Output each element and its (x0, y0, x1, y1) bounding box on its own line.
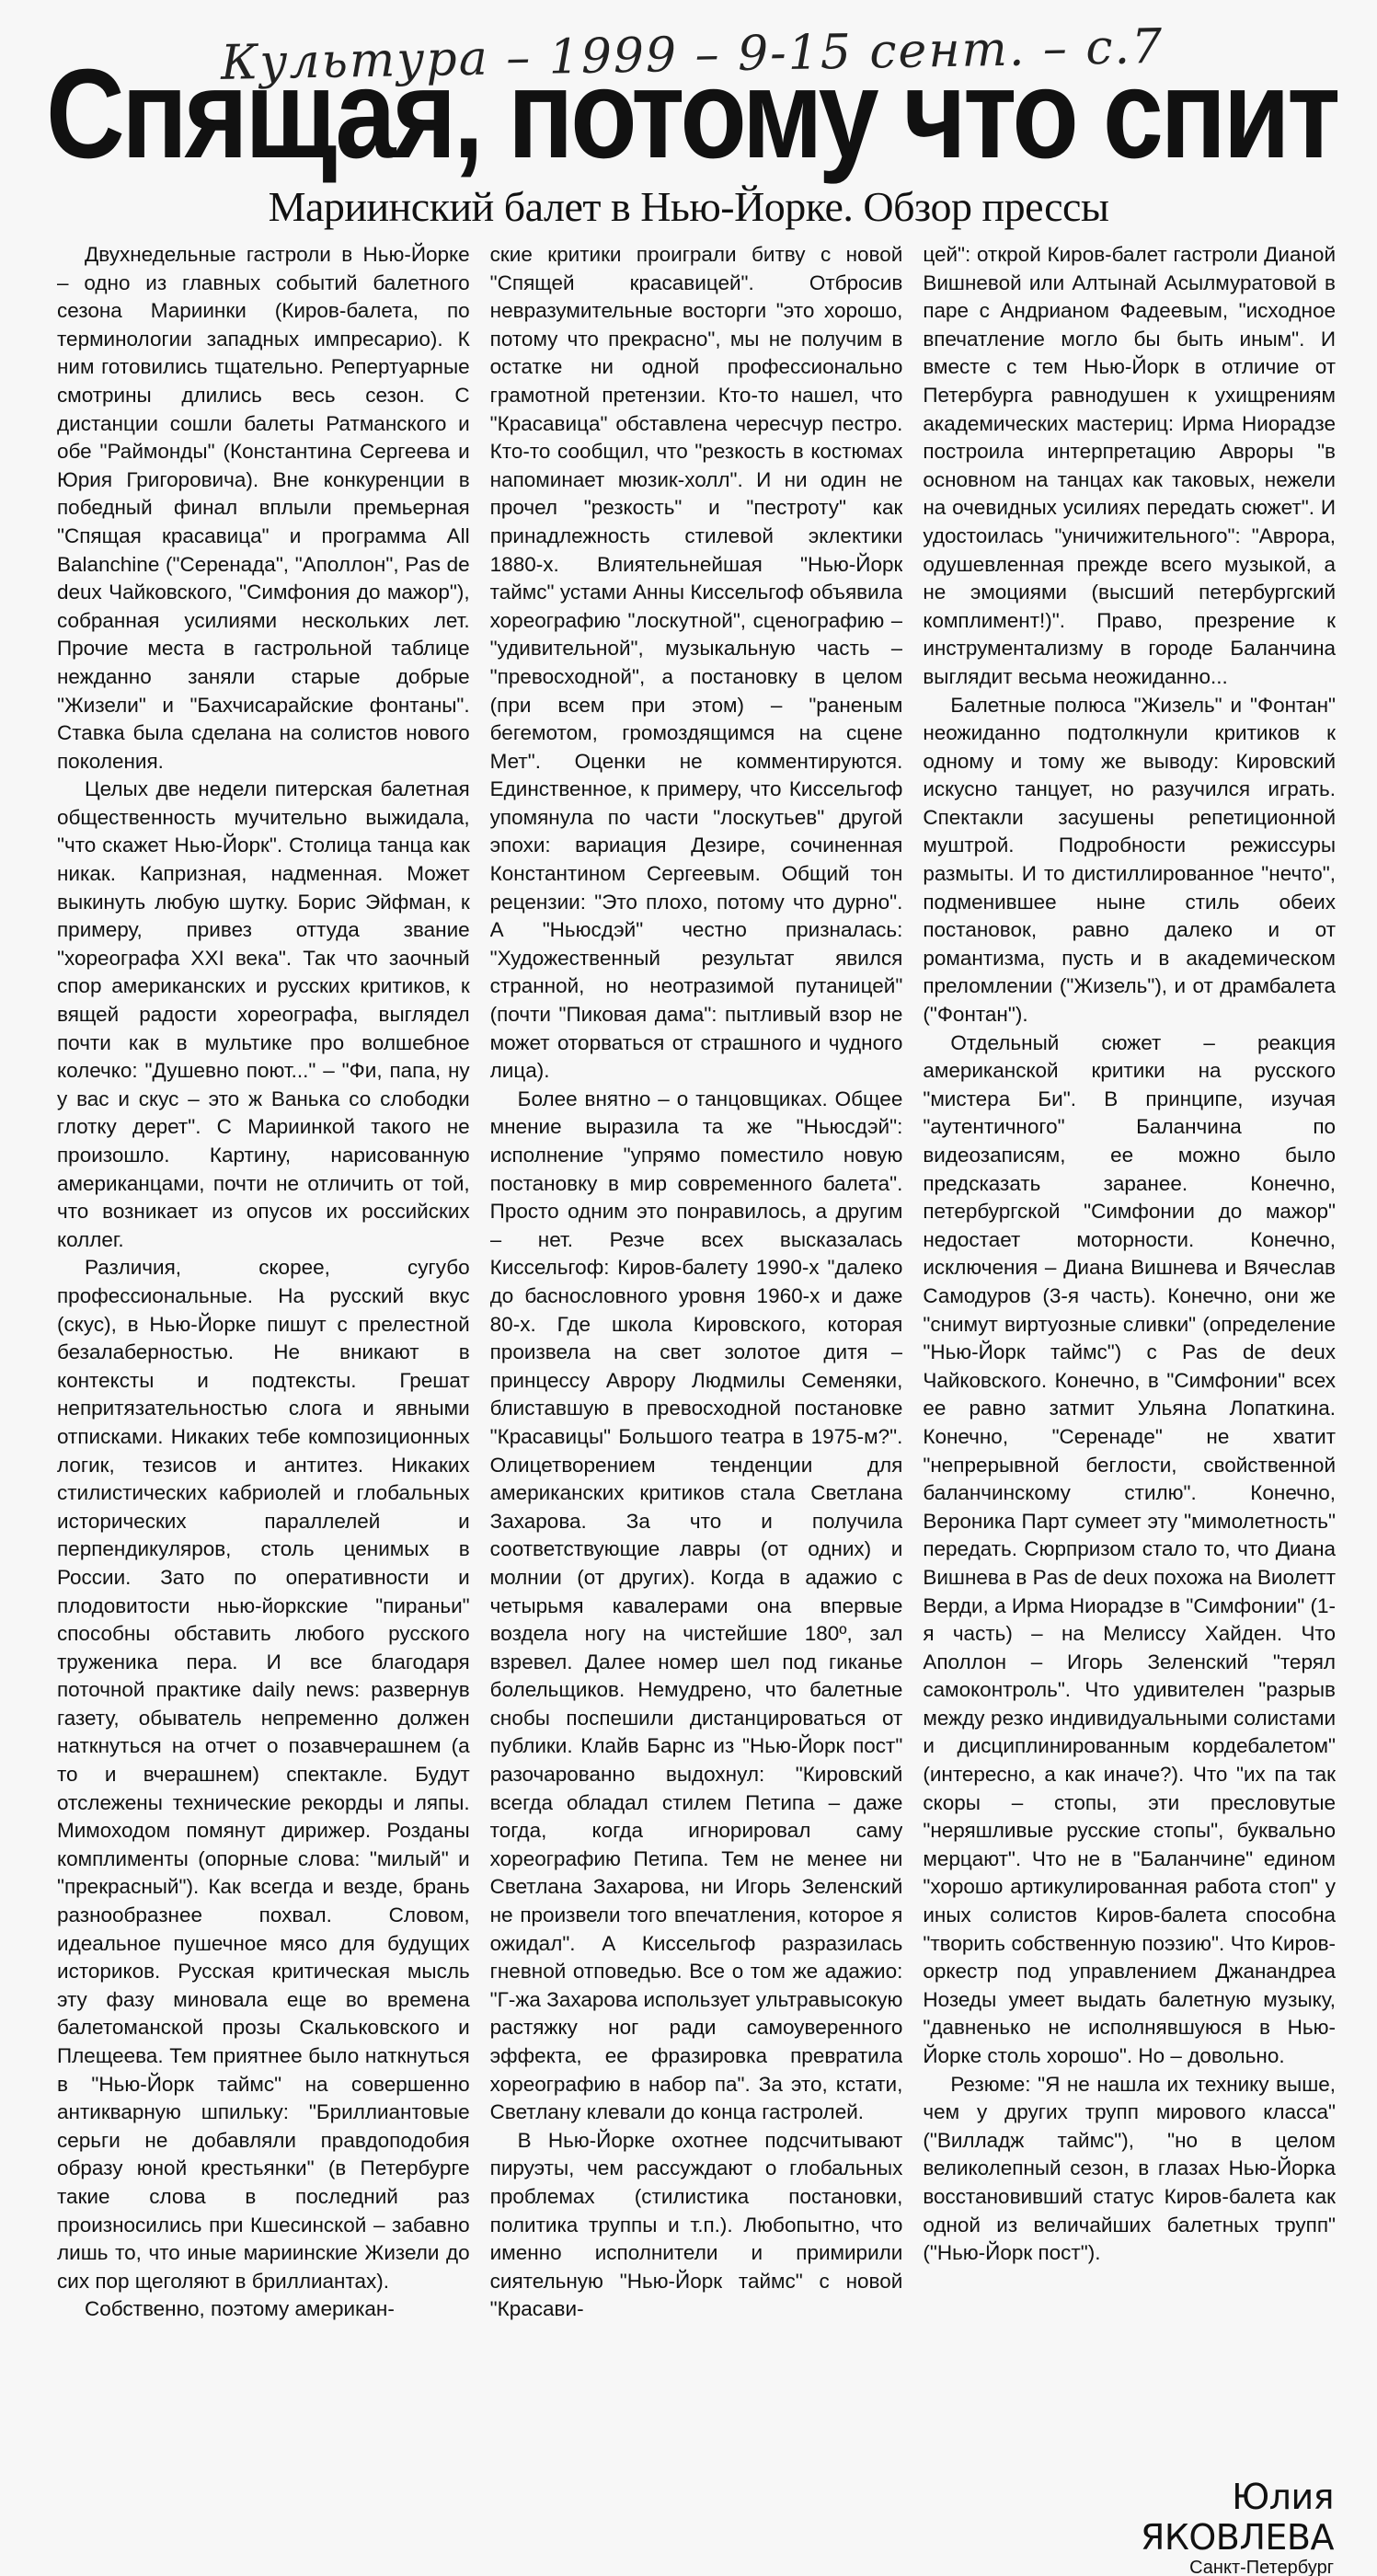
paragraph: Различия, скорее, сугубо профессиональны… (57, 1254, 470, 2295)
article-subheadline: Мариинский балет в Нью-Йорке. Обзор прес… (0, 182, 1377, 231)
paragraph: Резюме: "Я не нашла их технику выше, чем… (923, 2071, 1336, 2268)
paragraph: Двухнедельные гастроли в Нью-Йорке – одн… (57, 241, 470, 776)
author-signature: Юлия ЯКОВЛЕВА Санкт-Петербург (1039, 2477, 1334, 2576)
paragraph: Отдельный сюжет – реакция американской к… (923, 1029, 1336, 2071)
paragraph: Целых две недели питерская балетная обще… (57, 776, 470, 1254)
column-1: Двухнедельные гастроли в Нью-Йорке – одн… (57, 241, 470, 2559)
author-name: Юлия ЯКОВЛЕВА (1039, 2477, 1334, 2558)
paragraph: В Нью-Йорке охотнее подсчитывают пируэты… (490, 2127, 903, 2324)
paragraph: ские критики проиграли битву с новой "Сп… (490, 241, 903, 1086)
paragraph: цей": открой Киров-балет гастроли Дианой… (923, 241, 1336, 692)
article-headline: Спящая, потому что спит (46, 51, 1153, 178)
article-body: Двухнедельные гастроли в Нью-Йорке – одн… (57, 241, 1336, 2559)
author-city: Санкт-Петербург (1189, 2558, 1334, 2576)
paragraph: Балетные полюса "Жизель" и "Фонтан" неож… (923, 692, 1336, 1029)
paragraph: Собственно, поэтому американ- (57, 2295, 470, 2324)
column-2: ские критики проиграли битву с новой "Сп… (490, 241, 903, 2559)
paragraph: Более внятно – о танцовщиках. Общее мнен… (490, 1086, 903, 2127)
column-3: цей": открой Киров-балет гастроли Дианой… (923, 241, 1336, 2559)
